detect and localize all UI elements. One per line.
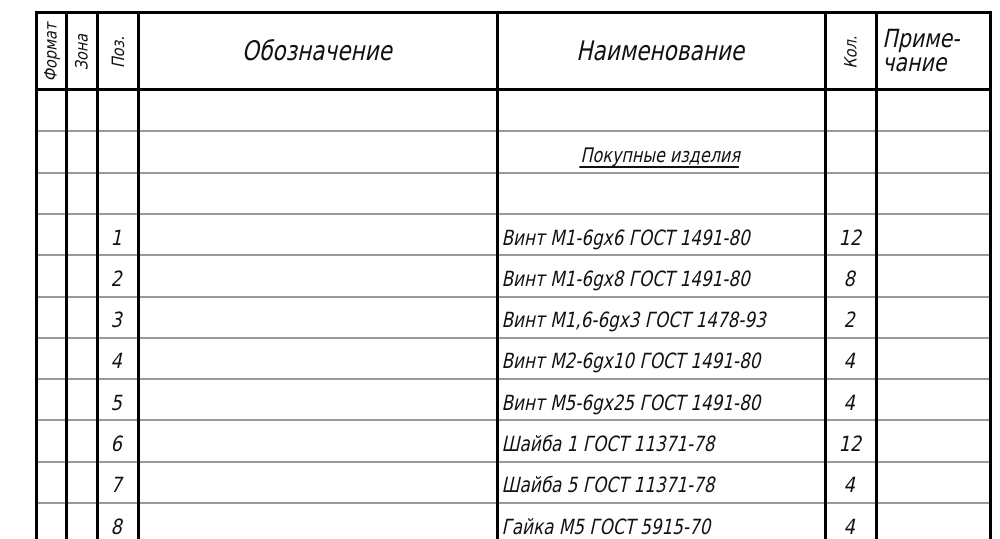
cell-designation <box>145 218 495 257</box>
cell-designation <box>145 383 495 422</box>
row-divider <box>35 419 992 421</box>
cell-designation <box>145 259 495 298</box>
cell-pos: 4 <box>99 342 137 381</box>
cell-name <box>503 94 823 133</box>
col-line-zone <box>65 11 68 539</box>
row-divider <box>35 172 992 174</box>
header-zone: Зона <box>68 13 97 89</box>
col-line-left <box>35 11 38 539</box>
cell-qty: 2 <box>827 301 875 340</box>
cell-designation <box>145 94 495 133</box>
header-note: Приме- чание <box>884 16 990 86</box>
cell-pos: 6 <box>99 424 137 463</box>
cell-pos <box>99 177 137 216</box>
cell-qty-text: 12 <box>837 432 865 456</box>
row-divider <box>35 378 992 380</box>
row-divider <box>35 254 992 256</box>
cell-note <box>880 383 988 422</box>
cell-designation <box>145 424 495 463</box>
cell-name-text: Винт М1,6-6gx3 ГОСТ 1478-93 <box>500 308 769 332</box>
cell-qty: 12 <box>827 218 875 257</box>
col-line-qty <box>824 11 827 539</box>
cell-pos-text: 5 <box>110 391 126 415</box>
cell-note <box>880 466 988 505</box>
cell-name: Винт М1-6gx8 ГОСТ 1491-80 <box>503 259 823 298</box>
cell-name-text: Винт М2-6gx10 ГОСТ 1491-80 <box>500 349 764 373</box>
header-note-line2: чание <box>881 51 950 75</box>
cell-qty <box>827 94 875 133</box>
cell-pos-text: 6 <box>110 432 126 456</box>
cell-note <box>880 342 988 381</box>
cell-designation <box>145 135 495 174</box>
col-line-note <box>875 11 878 539</box>
cell-pos-text: 2 <box>110 267 126 291</box>
cell-pos-text: 3 <box>110 308 126 332</box>
cell-pos: 2 <box>99 259 137 298</box>
cell-pos: 1 <box>99 218 137 257</box>
cell-note <box>880 135 988 174</box>
cell-note <box>880 507 988 539</box>
cell-name: Гайка М5 ГОСТ 5915-70 <box>503 507 823 539</box>
cell-qty: 4 <box>827 466 875 505</box>
top-border <box>35 11 992 14</box>
cell-qty: 4 <box>827 383 875 422</box>
row-divider <box>35 502 992 504</box>
cell-name-text: Винт М5-6gx25 ГОСТ 1491-80 <box>500 391 764 415</box>
cell-qty-text: 4 <box>843 349 859 373</box>
cell-pos-text: 8 <box>110 515 126 539</box>
cell-name: Шайба 1 ГОСТ 11371-78 <box>503 424 823 463</box>
cell-pos <box>99 135 137 174</box>
row-divider <box>35 461 992 463</box>
cell-name-text: Шайба 5 ГОСТ 11371-78 <box>500 473 718 497</box>
cell-name-text: Винт М1-6gx8 ГОСТ 1491-80 <box>500 267 753 291</box>
cell-name: Винт М5-6gx25 ГОСТ 1491-80 <box>503 383 823 422</box>
header-bottom-border <box>35 88 992 91</box>
header-qty-label: Кол. <box>842 32 862 69</box>
cell-pos: 3 <box>99 301 137 340</box>
row-divider <box>35 296 992 298</box>
cell-qty-text: 4 <box>843 391 859 415</box>
cell-pos-text: 1 <box>110 226 126 250</box>
header-name: Наименование <box>499 13 825 89</box>
cell-qty: 8 <box>827 259 875 298</box>
cell-pos: 7 <box>99 466 137 505</box>
cell-name-text: Гайка М5 ГОСТ 5915-70 <box>500 515 714 539</box>
cell-pos-text: 4 <box>110 349 126 373</box>
cell-name-section: Покупные изделия <box>499 135 824 174</box>
header-designation-label: Обозначение <box>240 36 396 67</box>
header-format-label: Формат <box>42 20 62 83</box>
cell-name: Шайба 5 ГОСТ 11371-78 <box>503 466 823 505</box>
cell-pos: 8 <box>99 507 137 539</box>
cell-name: Винт М1-6gx6 ГОСТ 1491-80 <box>503 218 823 257</box>
header-format: Формат <box>37 13 66 89</box>
cell-designation <box>145 507 495 539</box>
cell-pos: 5 <box>99 383 137 422</box>
header-pos-label: Поз. <box>108 33 128 69</box>
col-line-designation <box>137 11 140 539</box>
row-divider <box>35 130 992 132</box>
col-line-right <box>989 11 992 539</box>
col-line-name <box>496 11 499 539</box>
cell-name-text: Шайба 1 ГОСТ 11371-78 <box>500 432 718 456</box>
row-divider <box>35 213 992 215</box>
cell-qty-text: 8 <box>843 267 859 291</box>
cell-note <box>880 259 988 298</box>
cell-qty-text: 2 <box>843 308 859 332</box>
col-line-pos <box>96 11 99 539</box>
cell-designation <box>145 177 495 216</box>
cell-pos-text: 7 <box>110 473 126 497</box>
header-designation: Обозначение <box>140 13 497 89</box>
cell-pos <box>99 94 137 133</box>
cell-qty-text: 4 <box>843 473 859 497</box>
cell-note <box>880 94 988 133</box>
cell-qty: 4 <box>827 342 875 381</box>
specification-table: Формат Зона Поз. Обозначение Наименовани… <box>0 0 1000 539</box>
cell-designation <box>145 301 495 340</box>
cell-name: Винт М1,6-6gx3 ГОСТ 1478-93 <box>503 301 823 340</box>
cell-qty <box>827 135 875 174</box>
cell-designation <box>145 466 495 505</box>
cell-qty-text: 12 <box>837 226 865 250</box>
header-zone-label: Зона <box>73 31 93 72</box>
cell-qty: 4 <box>827 507 875 539</box>
cell-note <box>880 218 988 257</box>
header-qty: Кол. <box>827 13 876 89</box>
cell-name: Винт М2-6gx10 ГОСТ 1491-80 <box>503 342 823 381</box>
cell-designation <box>145 342 495 381</box>
cell-qty: 12 <box>827 424 875 463</box>
cell-qty <box>827 177 875 216</box>
cell-note <box>880 177 988 216</box>
cell-name-text: Винт М1-6gx6 ГОСТ 1491-80 <box>500 226 753 250</box>
header-pos: Поз. <box>99 13 138 89</box>
header-name-label: Наименование <box>575 36 749 67</box>
row-divider <box>35 337 992 339</box>
cell-note <box>880 301 988 340</box>
cell-name <box>503 177 823 216</box>
cell-name-section-text: Покупные изделия <box>579 143 744 167</box>
cell-qty-text: 4 <box>843 515 859 539</box>
cell-note <box>880 424 988 463</box>
